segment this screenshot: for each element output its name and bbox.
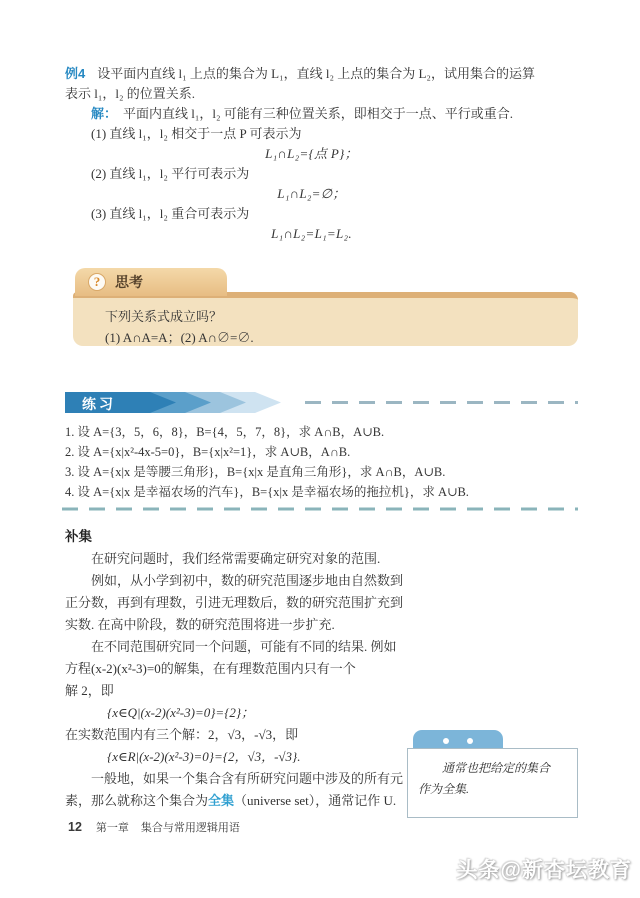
watermark-text: 头条@新杏坛教育 [457, 854, 632, 884]
page-footer: 12第一章集合与常用逻辑用语 [68, 819, 240, 835]
solution-set-rational-formula: {x∈Q|(x-2)(x²-3)=0}={2}； [65, 702, 423, 724]
complement-line-2: 例如，从小学到初中，数的研究范围逐步地由自然数到 [65, 570, 423, 592]
margin-note-box: 通常也把给定的集合 作为全集. [407, 748, 578, 818]
universe-set-def-line2: 素，那么就称这个集合为全集（universe set），通常记作 U. [65, 790, 423, 812]
example-intro-line2: 表示 l₁，l₂ 的位置关系. [65, 84, 578, 104]
example-label: 例4 [65, 66, 85, 81]
solution-line: 解：平面内直线 l₁，l₂ 可能有三种位置关系，即相交于一点、平行或重合. [65, 104, 578, 124]
example-4-section: 例4设平面内直线 l₁ 上点的集合为 L₁，直线 l₂ 上点的集合为 L₂，试用… [65, 64, 578, 244]
exercise-banner-arrow-graphic [65, 392, 578, 413]
solution-set-real-formula: {x∈R|(x-2)(x²-3)=0}={2，√3，-√3}. [65, 746, 423, 768]
complement-line-4: 实数. 在高中阶段，数的研究范围将进一步扩充. [65, 614, 423, 636]
think-box-line2: (1) A∩A=A；(2) A∩∅=∅. [105, 327, 578, 348]
exercise-list: 1. 设 A={3，5，6，8}，B={4，5，7，8}，求 A∩B，A∪B. … [65, 422, 578, 502]
complement-line-7: 解 2，即 [65, 680, 423, 702]
complement-line-6: 方程(x-2)(x²-3)=0的解集，在有理数范围内只有一个 [65, 658, 423, 680]
solution-text: 平面内直线 l₁，l₂ 可能有三种位置关系，即相交于一点、平行或重合. [123, 106, 513, 121]
complement-section: 补集 在研究问题时，我们经常需要确定研究对象的范围. 例如，从小学到初中，数的研… [65, 526, 423, 812]
margin-note-line1: 通常也把给定的集合 [418, 758, 569, 779]
complement-line-3: 正分数，再到有理数，引进无理数后，数的研究范围扩充到 [65, 592, 423, 614]
exercise-item-3: 3. 设 A={x|x 是等腰三角形}，B={x|x 是直角三角形}，求 A∩B… [65, 462, 578, 482]
exercise-item-2: 2. 设 A={x|x²-4x-5=0}，B={x|x²=1}，求 A∪B，A∩… [65, 442, 578, 462]
case-1-formula: L₁∩L₂={点 P}； [65, 144, 578, 164]
textbook-page: 例4设平面内直线 l₁ 上点的集合为 L₁，直线 l₂ 上点的集合为 L₂，试用… [0, 0, 640, 898]
universe-def-post: （universe set），通常记作 U. [234, 793, 396, 808]
question-mark-icon: ? [88, 273, 106, 291]
section-divider-dashes [62, 500, 578, 508]
think-box-tab: ? 思考 [75, 268, 227, 296]
universe-set-term: 全集 [208, 793, 234, 808]
case-2-text: (2) 直线 l₁，l₂ 平行可表示为 [65, 164, 578, 184]
tab-dot-icon [443, 738, 449, 744]
universe-def-pre: 素，那么就称这个集合为 [65, 793, 208, 808]
universe-set-def-line1: 一般地，如果一个集合含有所研究问题中涉及的所有元 [65, 768, 423, 790]
think-box: ? 思考 下列关系式成立吗？ (1) A∩A=A；(2) A∩∅=∅. [73, 268, 578, 346]
tab-dot-icon [467, 738, 473, 744]
exercise-item-4: 4. 设 A={x|x 是幸福农场的汽车}，B={x|x 是幸福农场的拖拉机}，… [65, 482, 578, 502]
exercise-item-1: 1. 设 A={3，5，6，8}，B={4，5，7，8}，求 A∩B，A∪B. [65, 422, 578, 442]
complement-real-solutions-line: 在实数范围内有三个解：2，√3，-√3，即 [65, 724, 423, 746]
page-number: 12 [68, 820, 82, 834]
chapter-title: 集合与常用逻辑用语 [141, 822, 240, 834]
complement-line-5: 在不同范围研究同一个问题，可能有不同的结果. 例如 [65, 636, 423, 658]
complement-heading: 补集 [65, 526, 423, 548]
solution-label: 解： [91, 106, 117, 121]
case-2-formula: L₁∩L₂=∅； [65, 184, 578, 204]
think-box-body: 下列关系式成立吗？ (1) A∩A=A；(2) A∩∅=∅. [73, 292, 578, 346]
exercise-banner: 练习 [65, 392, 578, 413]
margin-note-line2: 作为全集. [418, 779, 569, 800]
example-intro-text1: 设平面内直线 l₁ 上点的集合为 L₁，直线 l₂ 上点的集合为 L₂，试用集合… [97, 66, 535, 81]
complement-line-1: 在研究问题时，我们经常需要确定研究对象的范围. [65, 548, 423, 570]
example-intro-line1: 例4设平面内直线 l₁ 上点的集合为 L₁，直线 l₂ 上点的集合为 L₂，试用… [65, 64, 578, 84]
case-1-text: (1) 直线 l₁，l₂ 相交于一点 P 可表示为 [65, 124, 578, 144]
think-box-title: 思考 [115, 272, 143, 292]
case-3-formula: L₁∩L₂=L₁=L₂. [65, 224, 578, 244]
chapter-label: 第一章 [96, 822, 129, 834]
exercise-banner-label: 练习 [82, 394, 116, 414]
think-box-line1: 下列关系式成立吗？ [105, 306, 578, 327]
margin-note-callout: 通常也把给定的集合 作为全集. [407, 730, 578, 818]
case-3-text: (3) 直线 l₁，l₂ 重合可表示为 [65, 204, 578, 224]
